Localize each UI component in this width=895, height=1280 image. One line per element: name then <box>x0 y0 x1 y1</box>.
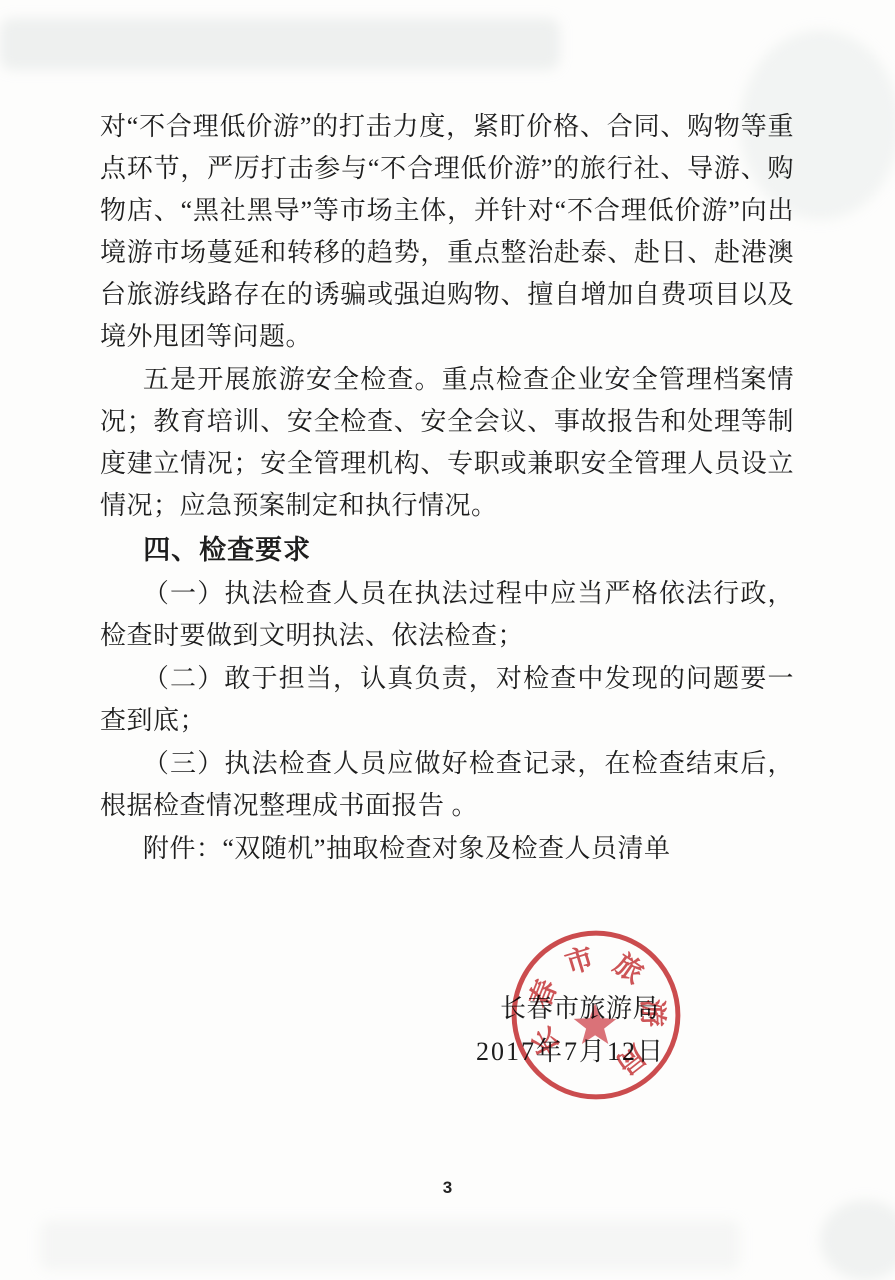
seal-char-ju: 局 <box>610 1038 651 1080</box>
paragraph-continuation: 对“不合理低价游”的打击力度，紧盯价格、合同、购物等重点环节，严厉打击参与“不合… <box>100 106 794 358</box>
seal-char-you: 游 <box>636 999 669 1028</box>
scan-noise-top-left <box>0 18 560 70</box>
scan-noise-bottom-right <box>820 1200 895 1280</box>
attachment-note: 附件：“双随机”抽取检查对象及检查人员清单 <box>100 828 794 870</box>
requirement-item-1: （一）执法检查人员在执法过程中应当严格依法行政，检查时要做到文明执法、依法检查； <box>100 573 794 657</box>
seal-char-lv: 旅 <box>608 948 649 990</box>
official-seal-stamp-icon: 长 春 市 旅 游 局 <box>506 925 686 1105</box>
requirement-item-3: （三）执法检查人员应做好检查记录，在检查结束后，根据检查情况整理成书面报告 。 <box>100 743 794 827</box>
seal-char-shi: 市 <box>562 942 598 981</box>
document-page: 对“不合理低价游”的打击力度，紧盯价格、合同、购物等重点环节，严厉打击参与“不合… <box>0 0 895 1280</box>
page-number: 3 <box>0 1178 895 1198</box>
paragraph-item5: 五是开展旅游安全检查。重点检查企业安全管理档案情况；教育培训、安全检查、安全会议… <box>100 359 794 527</box>
scan-noise-bottom <box>40 1220 740 1270</box>
seal-char-chun: 春 <box>524 975 564 1013</box>
document-body: 对“不合理低价游”的打击力度，紧盯价格、合同、购物等重点环节，严厉打击参与“不合… <box>100 106 794 871</box>
section-heading: 四、检查要求 <box>100 529 794 571</box>
seal-star-icon <box>574 1003 617 1044</box>
seal-char-chang: 长 <box>526 1022 567 1062</box>
requirement-item-2: （二）敢于担当，认真负责，对检查中发现的问题要一查到底； <box>100 658 794 742</box>
